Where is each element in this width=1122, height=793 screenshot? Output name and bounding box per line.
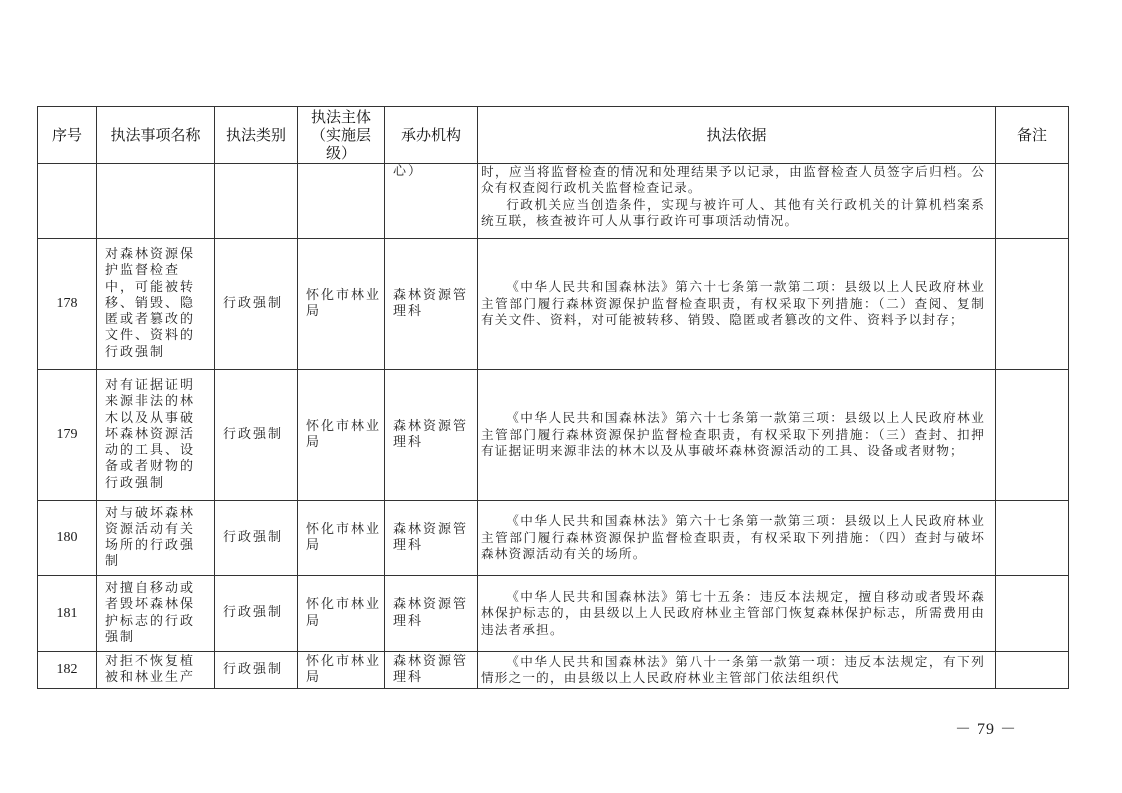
item-name-line: 坏森林资源活 bbox=[105, 427, 212, 443]
item-name-line: 制 bbox=[105, 554, 212, 570]
item-name-line: 对拒不恢复植 bbox=[105, 654, 212, 670]
cell-organ: 森林资源管理科 bbox=[385, 652, 478, 689]
item-name-line: 护监督检查 bbox=[105, 263, 212, 279]
table-row: 178 对森林资源保 护监督检查 中，可能被转 移、销毁、隐 匿或者篡改的 文件… bbox=[38, 239, 1069, 370]
cell-organ: 森林资源管理科 bbox=[385, 239, 478, 370]
cell-seq: 179 bbox=[38, 370, 97, 501]
basis-paragraph: 《中华人民共和国森林法》第八十一条第一款第一项：违反本法规定，有下列情形之一的，… bbox=[481, 654, 985, 687]
cell-organ: 森林资源管理科 bbox=[385, 501, 478, 576]
cell-item-name: 对有证据证明 来源非法的林 木以及从事破 坏森林资源活 动的工具、设 备或者财物… bbox=[97, 370, 215, 501]
table-row: 179 对有证据证明 来源非法的林 木以及从事破 坏森林资源活 动的工具、设 备… bbox=[38, 370, 1069, 501]
header-organ: 承办机构 bbox=[385, 107, 478, 164]
header-seq: 序号 bbox=[38, 107, 97, 164]
basis-paragraph: 行政机关应当创造条件，实现与被许可人、其他有关行政机关的计算机档案系统互联，核查… bbox=[481, 197, 985, 230]
basis-paragraph: 《中华人民共和国森林法》第七十五条：违反本法规定，擅自移动或者毁坏森林保护标志的… bbox=[481, 589, 985, 638]
cell-organ: 心） bbox=[385, 164, 478, 239]
header-subject-line: 级） bbox=[298, 144, 384, 162]
item-name-line: 被和林业生产 bbox=[105, 670, 212, 686]
basis-paragraph: 《中华人民共和国森林法》第六十七条第一款第二项：县级以上人民政府林业主管部门履行… bbox=[481, 279, 985, 328]
cell-category: 行政强制 bbox=[215, 239, 298, 370]
cell-seq: 178 bbox=[38, 239, 97, 370]
item-name-line: 来源非法的林 bbox=[105, 394, 212, 410]
cell-notes bbox=[996, 652, 1069, 689]
cell-subject: 怀化市林业局 bbox=[298, 652, 385, 689]
item-name-line: 行政强制 bbox=[105, 345, 212, 361]
cell-seq: 182 bbox=[38, 652, 97, 689]
cell-item-name bbox=[97, 164, 215, 239]
item-name-line: 资源活动有关 bbox=[105, 522, 212, 538]
cell-category bbox=[215, 164, 298, 239]
table-row: 182 对拒不恢复植 被和林业生产 行政强制 怀化市林业局 森林资源管理科 《中… bbox=[38, 652, 1069, 689]
item-name-line: 护标志的行政 bbox=[105, 614, 212, 630]
cell-item-name: 对拒不恢复植 被和林业生产 bbox=[97, 652, 215, 689]
cell-subject: 怀化市林业局 bbox=[298, 239, 385, 370]
cell-basis: 《中华人民共和国森林法》第六十七条第一款第三项：县级以上人民政府林业主管部门履行… bbox=[478, 370, 996, 501]
header-subject: 执法主体 （实施层 级） bbox=[298, 107, 385, 164]
document-page: 序号 执法事项名称 执法类别 执法主体 （实施层 级） 承办机构 执法依据 备注 bbox=[0, 0, 1122, 793]
header-item-name: 执法事项名称 bbox=[97, 107, 215, 164]
item-name-line: 强制 bbox=[105, 630, 212, 646]
cell-notes bbox=[996, 501, 1069, 576]
cell-seq bbox=[38, 164, 97, 239]
cell-basis: 《中华人民共和国森林法》第六十七条第一款第二项：县级以上人民政府林业主管部门履行… bbox=[478, 239, 996, 370]
cell-organ: 森林资源管理科 bbox=[385, 370, 478, 501]
cell-category: 行政强制 bbox=[215, 652, 298, 689]
item-name-line: 木以及从事破 bbox=[105, 411, 212, 427]
enforcement-items-table: 序号 执法事项名称 执法类别 执法主体 （实施层 级） 承办机构 执法依据 备注 bbox=[37, 106, 1069, 689]
cell-notes bbox=[996, 164, 1069, 239]
item-name-line: 对森林资源保 bbox=[105, 247, 212, 263]
cell-category: 行政强制 bbox=[215, 501, 298, 576]
table-row: 181 对擅自移动或 者毁坏森林保 护标志的行政 强制 行政强制 怀化市林业局 … bbox=[38, 576, 1069, 652]
cell-category: 行政强制 bbox=[215, 576, 298, 652]
table-row-continuation: 心） 时，应当将监督检查的情况和处理结果予以记录，由监督检查人员签字后归档。公众… bbox=[38, 164, 1069, 239]
item-name-line: 对有证据证明 bbox=[105, 378, 212, 394]
cell-basis: 《中华人民共和国森林法》第八十一条第一款第一项：违反本法规定，有下列情形之一的，… bbox=[478, 652, 996, 689]
item-name-line: 对擅自移动或 bbox=[105, 581, 212, 597]
cell-subject: 怀化市林业局 bbox=[298, 576, 385, 652]
basis-paragraph: 时，应当将监督检查的情况和处理结果予以记录，由监督检查人员签字后归档。公众有权查… bbox=[481, 164, 985, 197]
cell-seq: 180 bbox=[38, 501, 97, 576]
cell-basis: 《中华人民共和国森林法》第六十七条第一款第三项：县级以上人民政府林业主管部门履行… bbox=[478, 501, 996, 576]
item-name-line: 中，可能被转 bbox=[105, 280, 212, 296]
basis-paragraph: 《中华人民共和国森林法》第六十七条第一款第三项：县级以上人民政府林业主管部门履行… bbox=[481, 410, 985, 459]
item-name-line: 场所的行政强 bbox=[105, 538, 212, 554]
table-header-row: 序号 执法事项名称 执法类别 执法主体 （实施层 级） 承办机构 执法依据 备注 bbox=[38, 107, 1069, 164]
header-basis: 执法依据 bbox=[478, 107, 996, 164]
item-name-line: 匿或者篡改的 bbox=[105, 312, 212, 328]
item-name-line: 行政强制 bbox=[105, 476, 212, 492]
item-name-line: 文件、资料的 bbox=[105, 328, 212, 344]
cell-organ: 森林资源管理科 bbox=[385, 576, 478, 652]
header-subject-line: （实施层 bbox=[298, 126, 384, 144]
item-name-line: 动的工具、设 bbox=[105, 443, 212, 459]
cell-subject bbox=[298, 164, 385, 239]
basis-paragraph: 《中华人民共和国森林法》第六十七条第一款第三项：县级以上人民政府林业主管部门履行… bbox=[481, 513, 985, 562]
cell-subject: 怀化市林业局 bbox=[298, 501, 385, 576]
item-name-line: 移、销毁、隐 bbox=[105, 296, 212, 312]
cell-item-name: 对与破坏森林 资源活动有关 场所的行政强 制 bbox=[97, 501, 215, 576]
cell-basis: 时，应当将监督检查的情况和处理结果予以记录，由监督检查人员签字后归档。公众有权查… bbox=[478, 164, 996, 239]
item-name-line: 备或者财物的 bbox=[105, 459, 212, 475]
cell-item-name: 对擅自移动或 者毁坏森林保 护标志的行政 强制 bbox=[97, 576, 215, 652]
header-notes: 备注 bbox=[996, 107, 1069, 164]
item-name-line: 对与破坏森林 bbox=[105, 506, 212, 522]
cell-notes bbox=[996, 576, 1069, 652]
header-subject-line: 执法主体 bbox=[298, 108, 384, 126]
cell-subject: 怀化市林业局 bbox=[298, 370, 385, 501]
cell-category: 行政强制 bbox=[215, 370, 298, 501]
item-name-line: 者毁坏森林保 bbox=[105, 597, 212, 613]
cell-notes bbox=[996, 370, 1069, 501]
cell-item-name: 对森林资源保 护监督检查 中，可能被转 移、销毁、隐 匿或者篡改的 文件、资料的… bbox=[97, 239, 215, 370]
header-category: 执法类别 bbox=[215, 107, 298, 164]
cell-basis: 《中华人民共和国森林法》第七十五条：违反本法规定，擅自移动或者毁坏森林保护标志的… bbox=[478, 576, 996, 652]
table-row: 180 对与破坏森林 资源活动有关 场所的行政强 制 行政强制 怀化市林业局 森… bbox=[38, 501, 1069, 576]
cell-notes bbox=[996, 239, 1069, 370]
page-number: － 79 － bbox=[955, 716, 1017, 739]
cell-seq: 181 bbox=[38, 576, 97, 652]
